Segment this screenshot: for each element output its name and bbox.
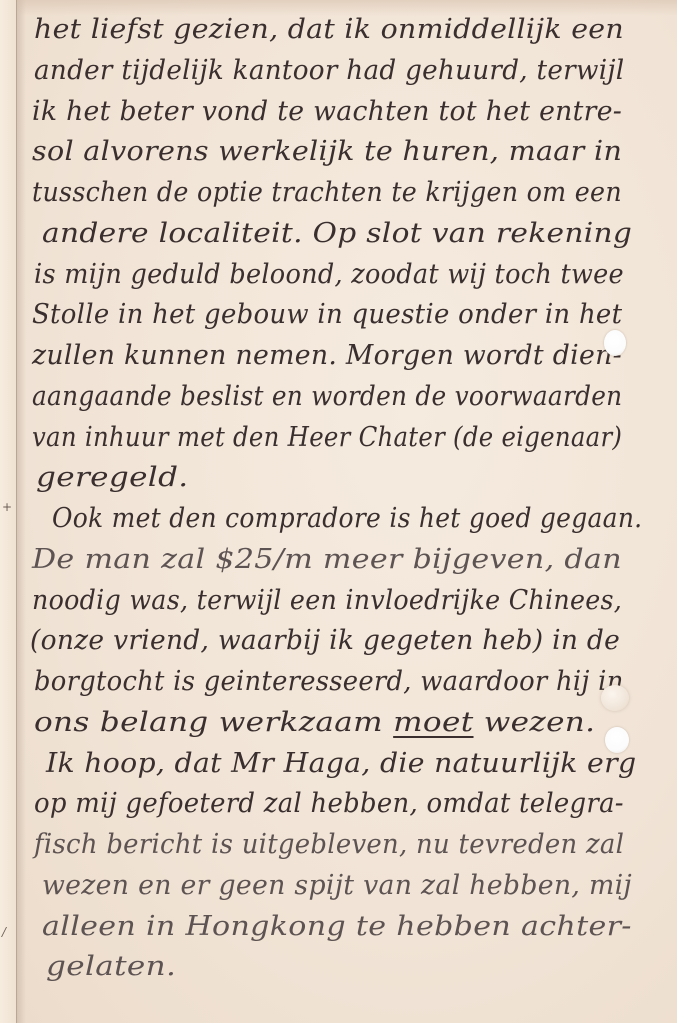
letter-line: geregeld. (36, 462, 189, 493)
letter-line: op mij gefoeterd zal hebben, omdat teleg… (34, 788, 624, 819)
letter-line: gelaten. (46, 951, 176, 982)
letter-page: het liefst gezien, dat ik onmiddellijk e… (16, 0, 677, 1023)
margin-mark: + (2, 500, 12, 514)
punch-hole (605, 727, 629, 753)
letter-line: fisch bericht is uitgebleven, nu tevrede… (34, 829, 624, 860)
underlying-sheet-edge: + / (0, 0, 16, 1023)
letter-line: ons belang werkzaam moet wezen. (34, 707, 595, 738)
letter-line: (onze vriend, waarbij ik gegeten heb) in… (30, 625, 620, 656)
letter-line: sol alvorens werkelijk te huren, maar in (32, 136, 622, 167)
letter-line: tusschen de optie trachten te krijgen om… (32, 177, 622, 208)
letter-line: zullen kunnen nemen. Morgen wordt dien- (32, 340, 622, 371)
letter-line: wezen en er geen spijt van zal hebben, m… (42, 870, 632, 901)
punch-hole-emboss (601, 685, 629, 711)
letter-line: Ik hoop, dat Mr Haga, die natuurlijk erg (46, 748, 636, 779)
letter-line: aangaande beslist en worden de voorwaard… (32, 381, 622, 412)
letter-line: van inhuur met den Heer Chater (de eigen… (32, 422, 622, 453)
letter-line: het liefst gezien, dat ik onmiddellijk e… (34, 14, 624, 45)
margin-mark: / (2, 925, 6, 939)
letter-line: De man zal $25/m meer bijgeven, dan (32, 544, 622, 575)
letter-line: is mijn geduld beloond, zoodat wij toch … (34, 259, 624, 290)
letter-line: noodig was, terwijl een invloedrijke Chi… (32, 585, 622, 616)
letter-line: alleen in Hongkong te hebben achter- (42, 911, 632, 942)
letter-line: ander tijdelijk kantoor had gehuurd, ter… (34, 55, 624, 86)
letter-line: borgtocht is geinteresseerd, waardoor hi… (34, 666, 624, 697)
letter-line: Stolle in het gebouw in questie onder in… (32, 299, 622, 330)
letter-line: Ook met den compradore is het goed gegaa… (52, 503, 642, 534)
underlined-word: moet (393, 707, 473, 738)
punch-hole (604, 330, 626, 356)
letter-line: andere localiteit. Op slot van rekening (42, 218, 632, 249)
letter-line: ik het beter vond te wachten tot het ent… (32, 96, 622, 127)
